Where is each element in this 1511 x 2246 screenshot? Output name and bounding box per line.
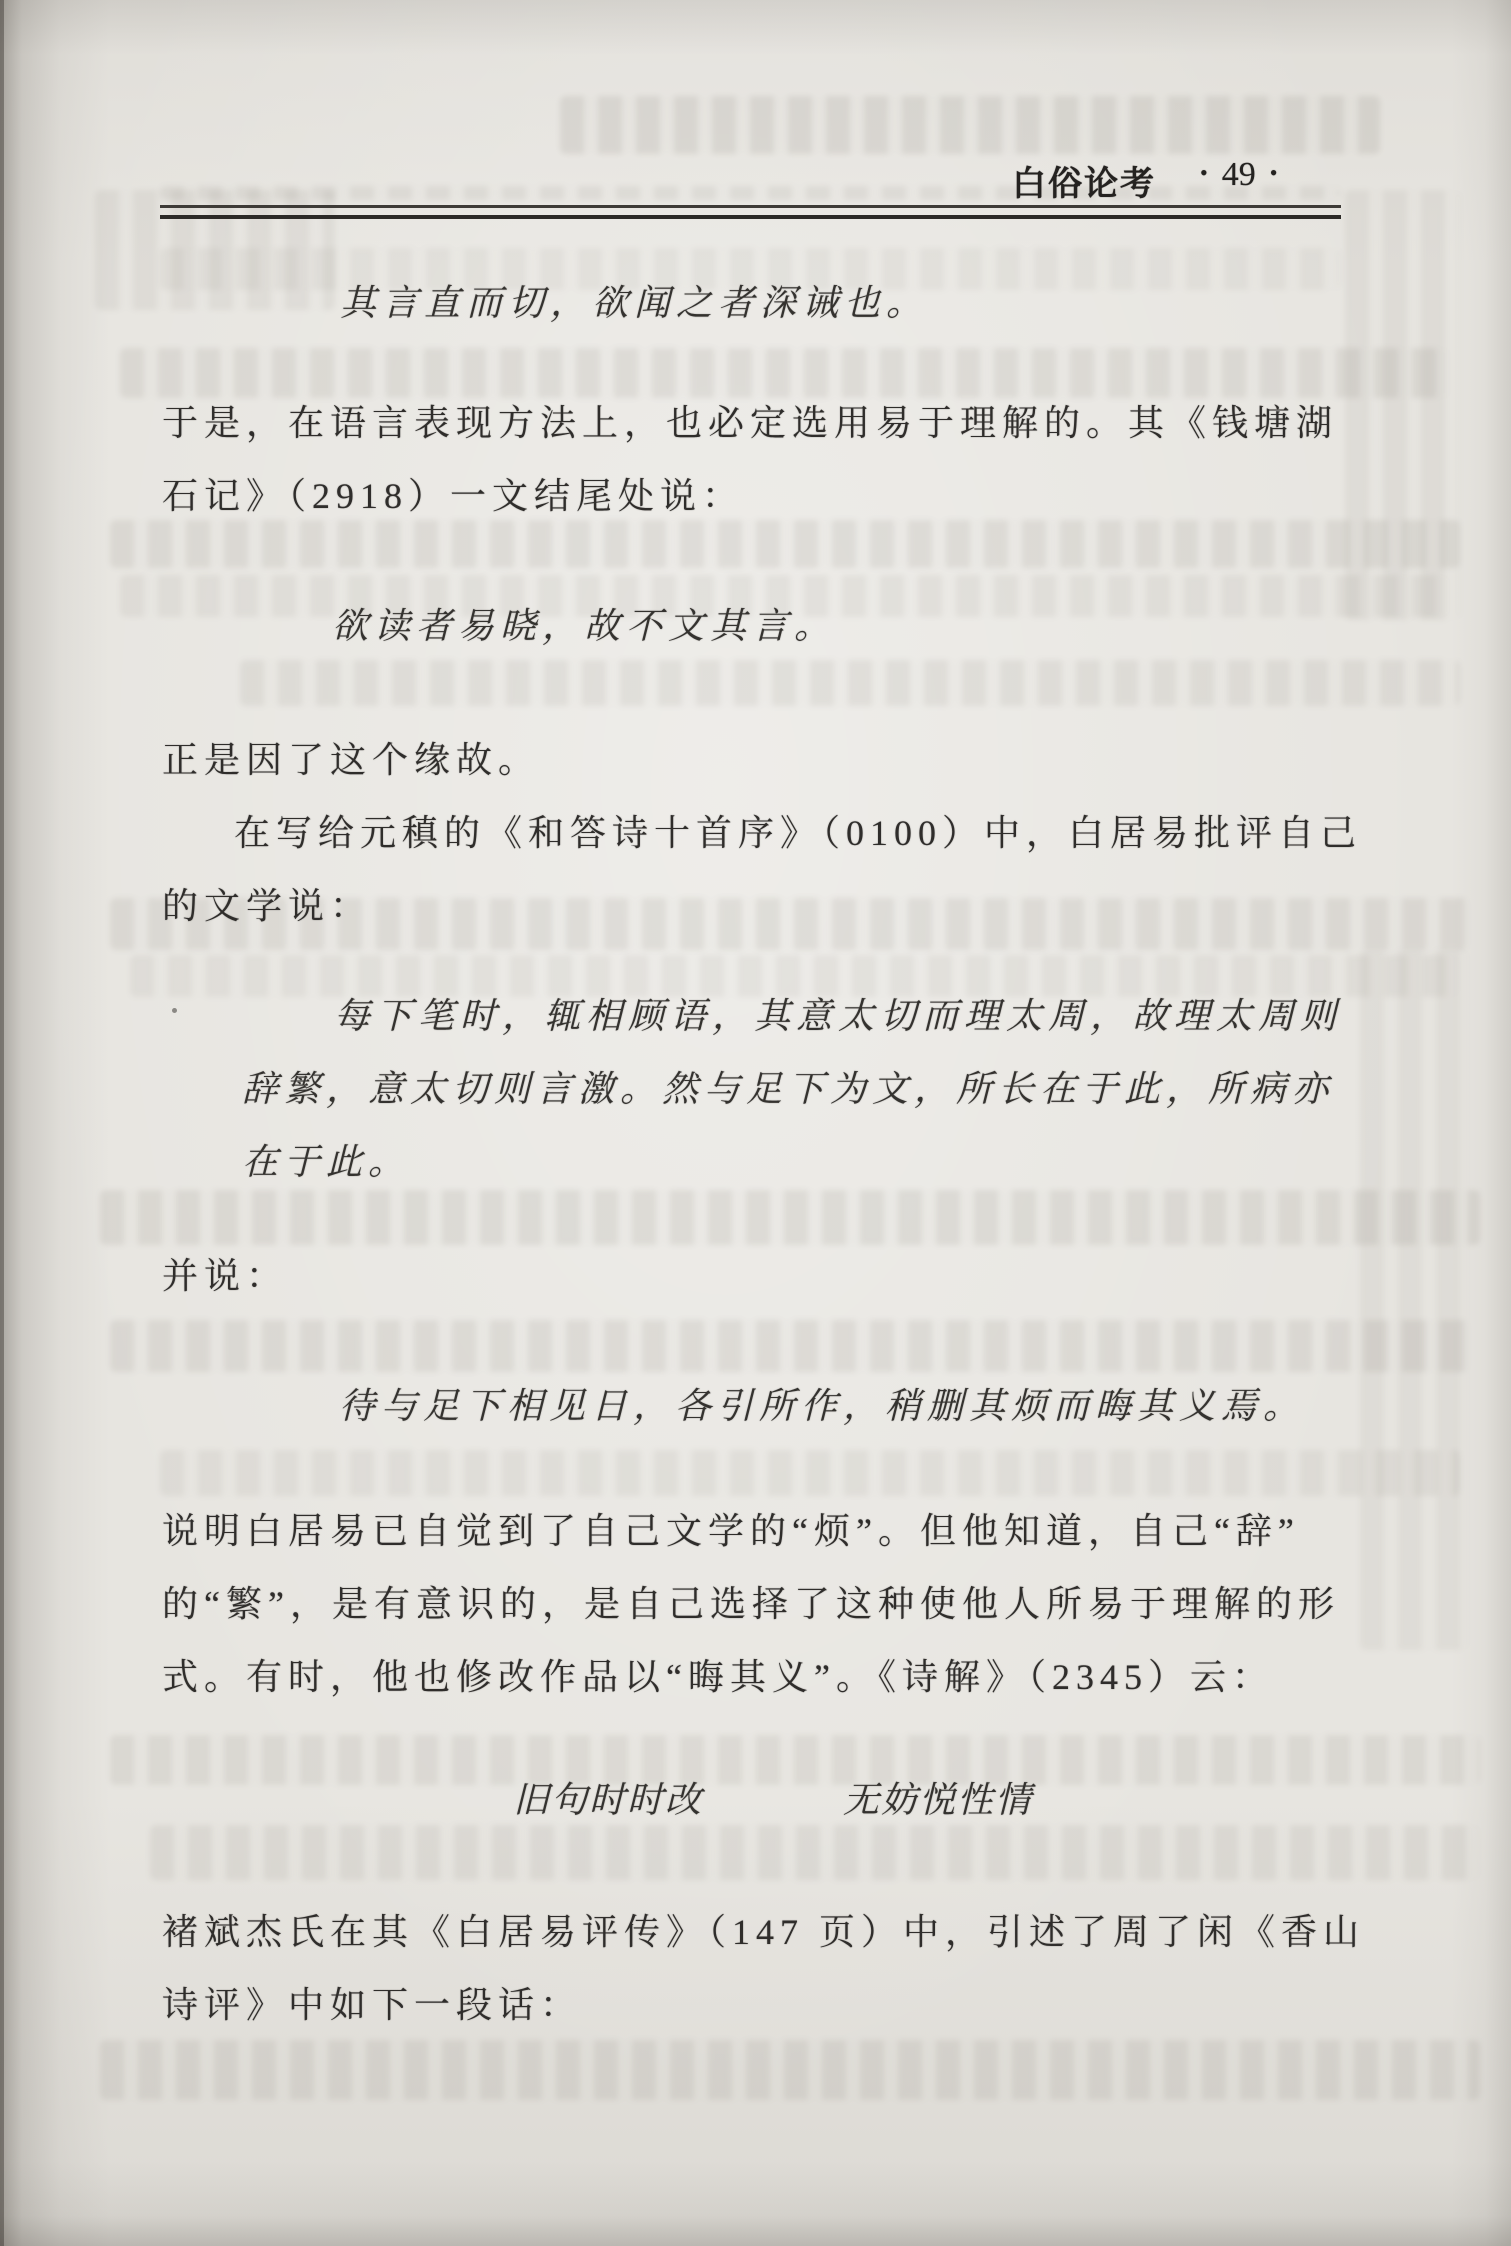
quote-line: 其言直而切，欲闻之者深诫也。 <box>340 283 928 324</box>
verse-second-hemistich: 无妨悦性情 <box>843 1780 1033 1820</box>
running-head-title: 白俗论考 <box>1012 156 1156 205</box>
bleedthrough-artifact <box>160 186 1340 200</box>
page-number-dot-left: • <box>1200 160 1208 185</box>
verse-line: 旧句时时改无妨悦性情 <box>513 1780 1033 1821</box>
page-number: 49 <box>1222 156 1256 193</box>
bleedthrough-artifact <box>1345 190 1460 620</box>
spine-edge-shadow <box>0 0 4 2246</box>
bleedthrough-artifact <box>150 1825 1480 1880</box>
running-head-page: •49• <box>1200 156 1277 194</box>
quote-line: 辞繁，意太切则言激。然与足下为文，所长在于此，所病亦 <box>242 1069 1334 1110</box>
page-number-dot-right: • <box>1270 160 1278 185</box>
quote-line: 欲读者易晓，故不文其言。 <box>332 606 836 647</box>
paper-texture <box>0 0 1511 2246</box>
body-line: 石记》（2918）一文结尾处说： <box>162 476 744 517</box>
scanned-book-page: 白俗论考 •49• 其言直而切，欲闻之者深诫也。 于是，在语言表现方法上，也必定… <box>0 0 1511 2246</box>
page-edge-vignette <box>0 0 1511 2246</box>
body-line: 正是因了这个缘故。 <box>162 740 540 781</box>
body-line: 在写给元稹的《和答诗十首序》（0100）中，白居易批评自己 <box>234 813 1362 854</box>
bleedthrough-artifact <box>110 1320 1470 1372</box>
body-line: 并说： <box>162 1256 288 1297</box>
bleedthrough-artifact <box>100 2040 1480 2100</box>
bleedthrough-artifact <box>1360 950 1470 1650</box>
body-line: 诗评》中如下一段话： <box>162 1985 582 2026</box>
bleedthrough-artifact <box>130 955 1460 997</box>
body-line: 的文学说： <box>162 886 372 927</box>
body-line: 说明白居易已自觉到了自己文学的“烦”。但他知道，自己“辞” <box>162 1511 1300 1552</box>
bleedthrough-artifact <box>240 660 1460 706</box>
body-line: 的“繁”，是有意识的，是自己选择了这种使他人所易于理解的形 <box>162 1584 1340 1625</box>
bleedthrough-artifact <box>560 96 1380 154</box>
bleedthrough-artifact <box>110 520 1460 568</box>
bleedthrough-artifact <box>120 348 1450 398</box>
quote-line: 待与足下相见日，各引所作，稍删其烦而晦其义焉。 <box>339 1386 1305 1427</box>
bleedthrough-artifact <box>160 1450 1460 1496</box>
quote-line: 在于此。 <box>242 1142 410 1183</box>
verse-first-hemistich: 旧句时时改 <box>513 1780 703 1820</box>
body-line: 式。有时，他也修改作品以“晦其义”。《诗解》（2345）云： <box>162 1657 1274 1698</box>
body-line: 褚斌杰氏在其《白居易评传》（147 页）中，引述了周了闲《香山 <box>162 1912 1365 1953</box>
bleedthrough-artifact <box>100 1190 1480 1245</box>
header-double-rule <box>160 205 1341 219</box>
body-line: 于是，在语言表现方法上，也必定选用易于理解的。其《钱塘湖 <box>162 403 1338 444</box>
ink-speck <box>172 1008 177 1013</box>
quote-line: 每下笔时，辄相顾语，其意太切而理太周，故理太周则 <box>334 996 1342 1037</box>
bleedthrough-artifact <box>110 1735 1480 1785</box>
